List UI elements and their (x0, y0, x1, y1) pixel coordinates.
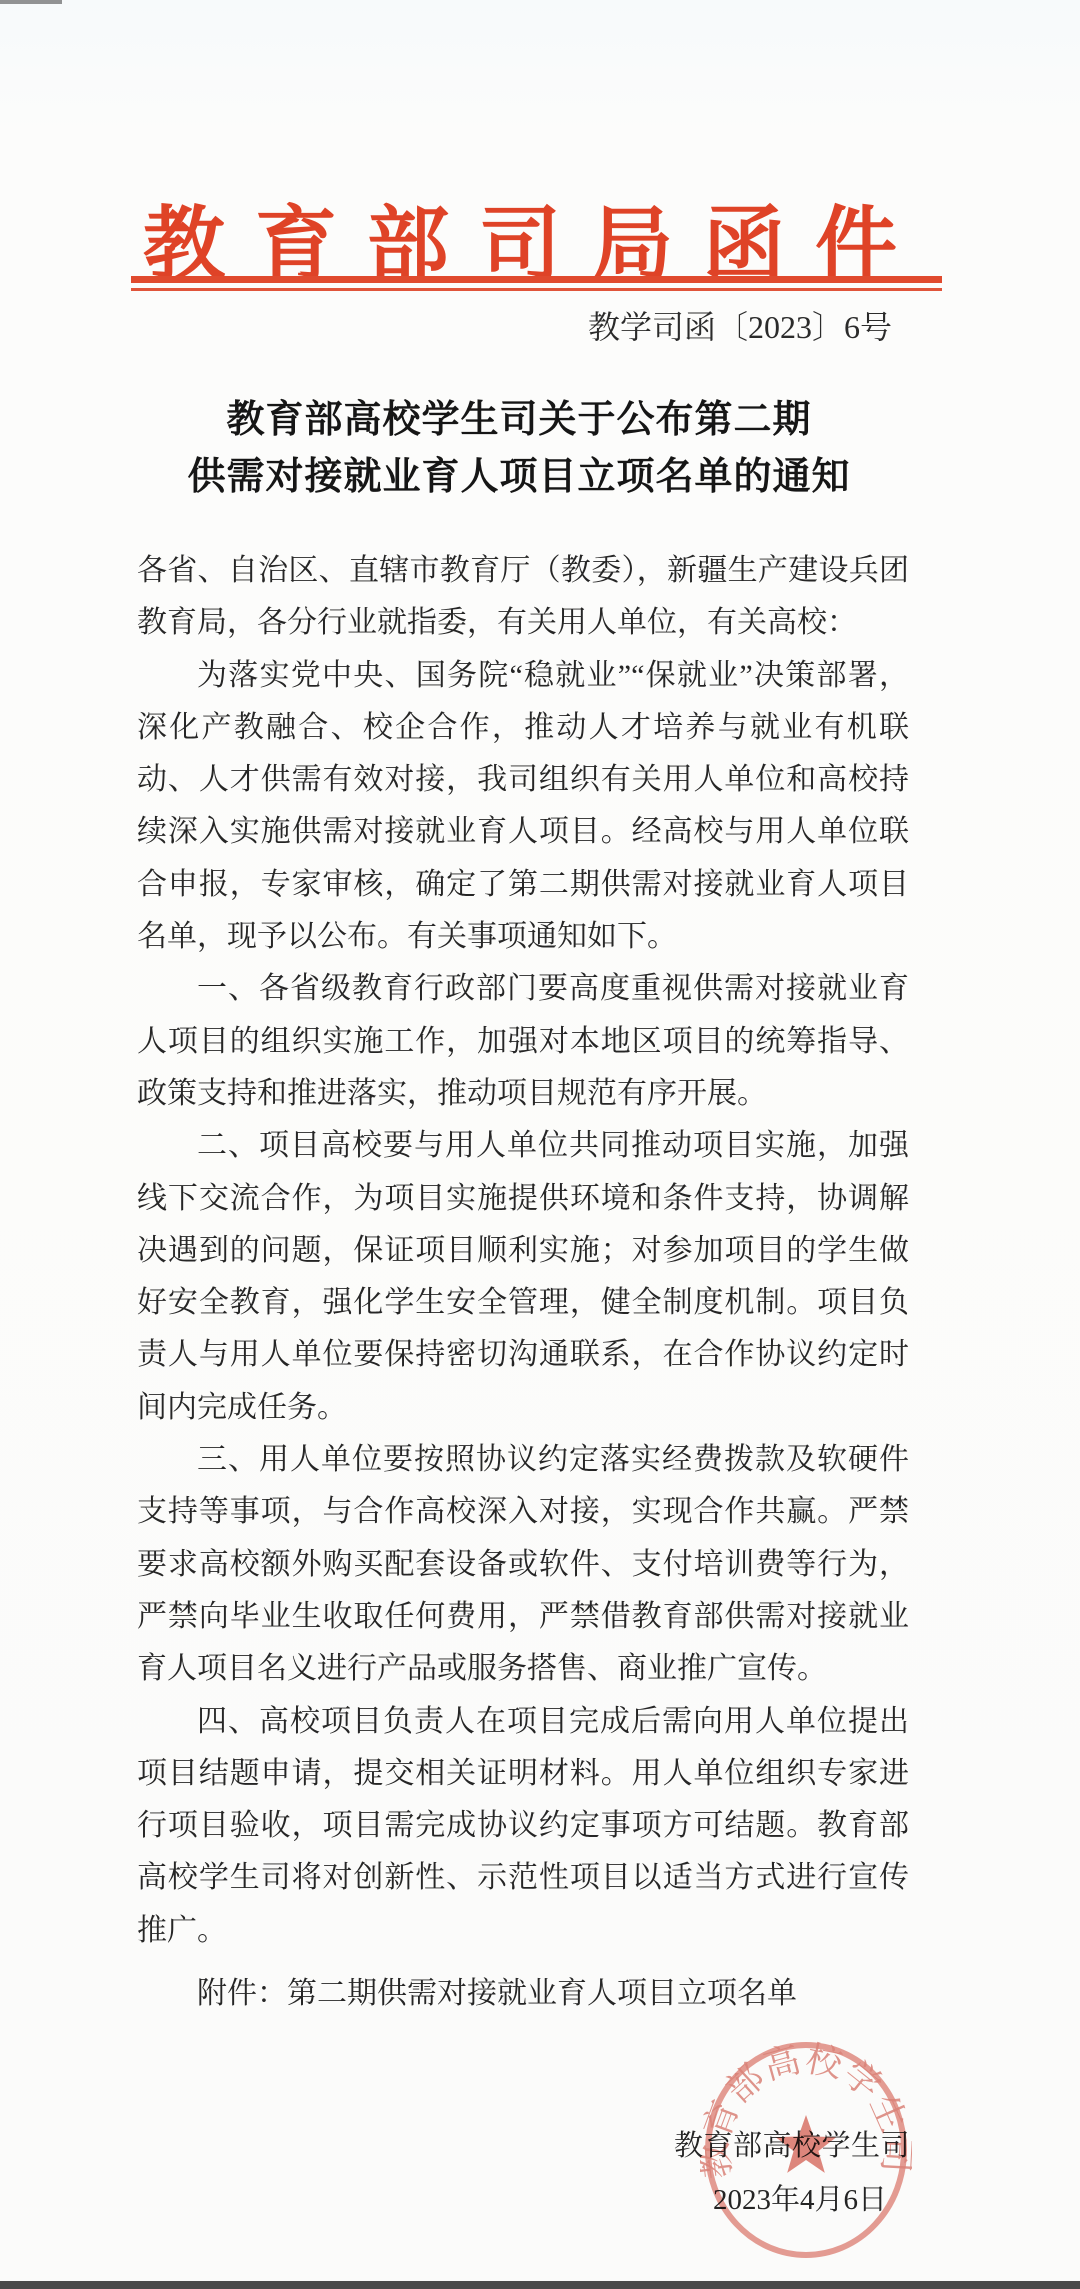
letterhead-rule-thin (131, 288, 942, 291)
paragraph-intro: 为落实党中央、国务院“稳就业”“保就业”决策部署，深化产教融合、校企合作，推动人… (137, 650, 909, 964)
document-title-line1: 教育部高校学生司关于公布第二期 (0, 392, 1038, 449)
document-number: 教学司函〔2023〕6号 (588, 302, 892, 348)
document-title: 教育部高校学生司关于公布第二期 供需对接就业育人项目立项名单的通知 (0, 392, 1038, 506)
attachment-line: 附件：第二期供需对接就业育人项目立项名单 (197, 1968, 797, 2012)
paragraph-item-1: 一、各省级教育行政部门要高度重视供需对接就业育人项目的组织实施工作，加强对本地区… (137, 963, 909, 1120)
salutation: 各省、自治区、直辖市教育厅（教委），新疆生产建设兵团教育局，各分行业就指委，有关… (137, 545, 909, 650)
official-letter-page: 教育部司局函件 教学司函〔2023〕6号 教育部高校学生司关于公布第二期 供需对… (0, 0, 1080, 2289)
document-title-line2: 供需对接就业育人项目立项名单的通知 (0, 449, 1038, 506)
paragraph-item-4: 四、高校项目负责人在项目完成后需向用人单位提出项目结题申请，提交相关证明材料。用… (137, 1696, 909, 1957)
signature-date: 2023年4月6日 (713, 2177, 887, 2218)
paragraph-item-3: 三、用人单位要按照协议约定落实经费拨款及软硬件支持等事项，与合作高校深入对接，实… (137, 1434, 909, 1695)
paragraph-item-2: 二、项目高校要与用人单位共同推动项目实施，加强线下交流合作，为项目实施提供环境和… (137, 1120, 909, 1434)
letter-body: 各省、自治区、直辖市教育厅（教委），新疆生产建设兵团教育局，各分行业就指委，有关… (137, 545, 909, 1957)
letterhead-rule-thick (131, 276, 942, 283)
scan-artifact-bottom-edge (0, 2281, 1080, 2289)
scan-artifact-top-left (0, 0, 62, 4)
signature-organization: 教育部高校学生司 (674, 2123, 910, 2164)
